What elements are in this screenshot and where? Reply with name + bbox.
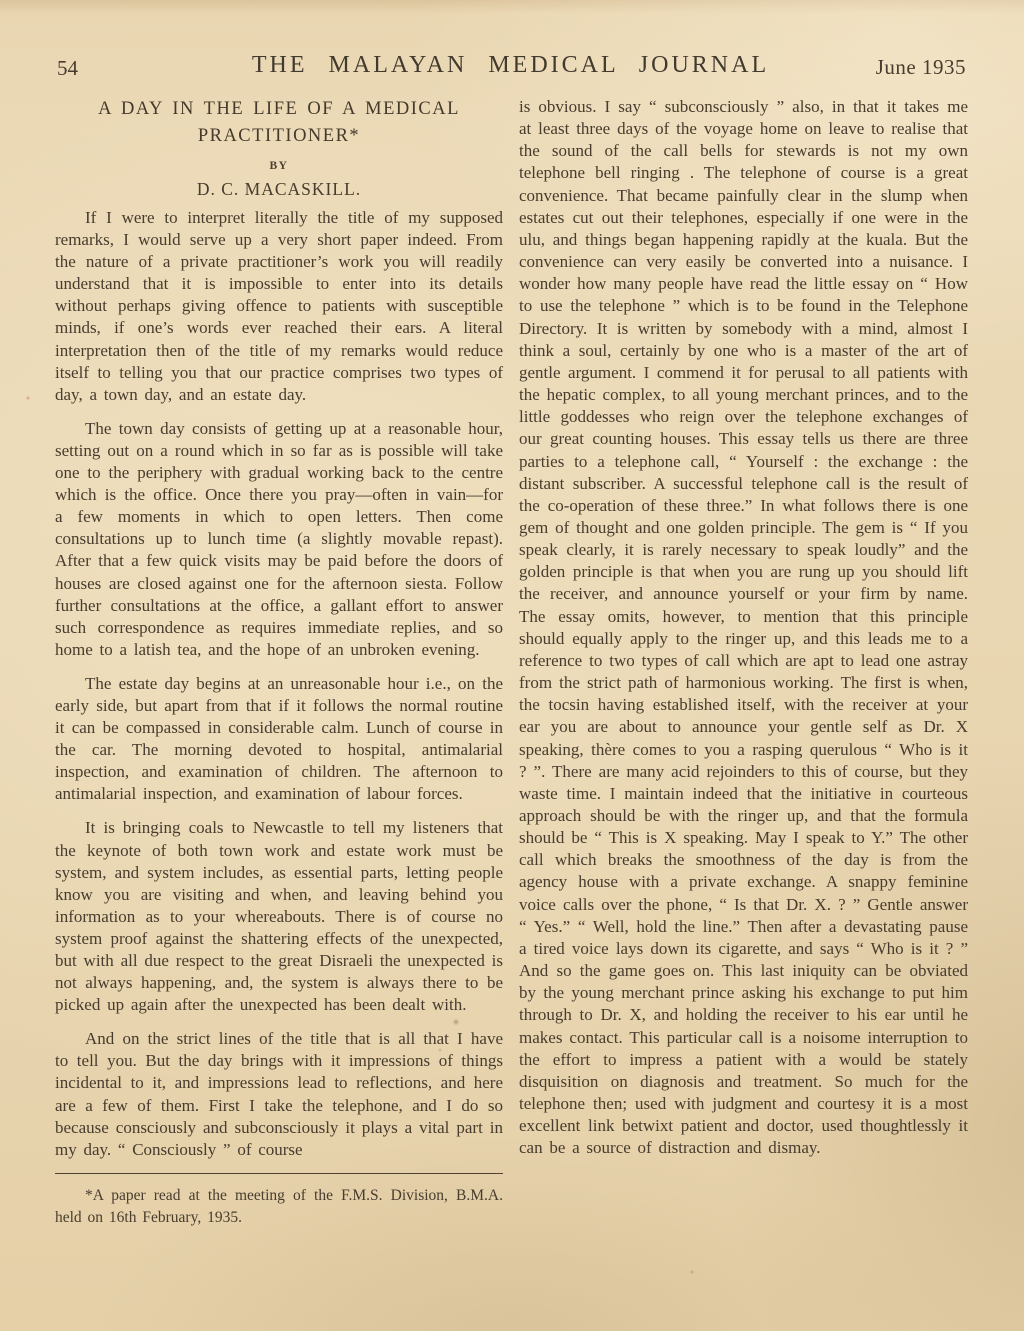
paragraph: If I were to interpret literally the tit… [55, 207, 503, 406]
byline-label: BY [55, 160, 503, 172]
paragraph: And on the strict lines of the title tha… [55, 1028, 503, 1161]
article-body-right: is obvious. I say “ subconsciously ” als… [519, 96, 968, 1160]
author-name: D. C. MACASKILL. [55, 179, 503, 200]
left-column: A DAY IN THE LIFE OF A MEDICAL PRACTITIO… [55, 96, 503, 1229]
paragraph: It is bringing coals to Newcastle to tel… [55, 817, 503, 1016]
paragraph: The town day consists of getting up at a… [55, 418, 503, 661]
paragraph: is obvious. I say “ subconsciously ” als… [519, 96, 968, 1160]
journal-page-scan: 54 THE MALAYAN MEDICAL JOURNAL June 1935… [0, 0, 1024, 1331]
right-column: is obvious. I say “ subconsciously ” als… [519, 96, 968, 1160]
page-header: 54 THE MALAYAN MEDICAL JOURNAL June 1935 [55, 52, 966, 84]
article-body-left: If I were to interpret literally the tit… [55, 207, 503, 1161]
issue-date: June 1935 [876, 55, 966, 80]
article-title: A DAY IN THE LIFE OF A MEDICAL PRACTITIO… [55, 96, 503, 150]
paragraph: The estate day begins at an unreasonable… [55, 673, 503, 806]
footnote: *A paper read at the meeting of the F.M.… [55, 1173, 503, 1229]
journal-title: THE MALAYAN MEDICAL JOURNAL [55, 52, 966, 79]
article-title-line2: PRACTITIONER* [55, 123, 503, 150]
article-title-line1: A DAY IN THE LIFE OF A MEDICAL [55, 96, 503, 123]
